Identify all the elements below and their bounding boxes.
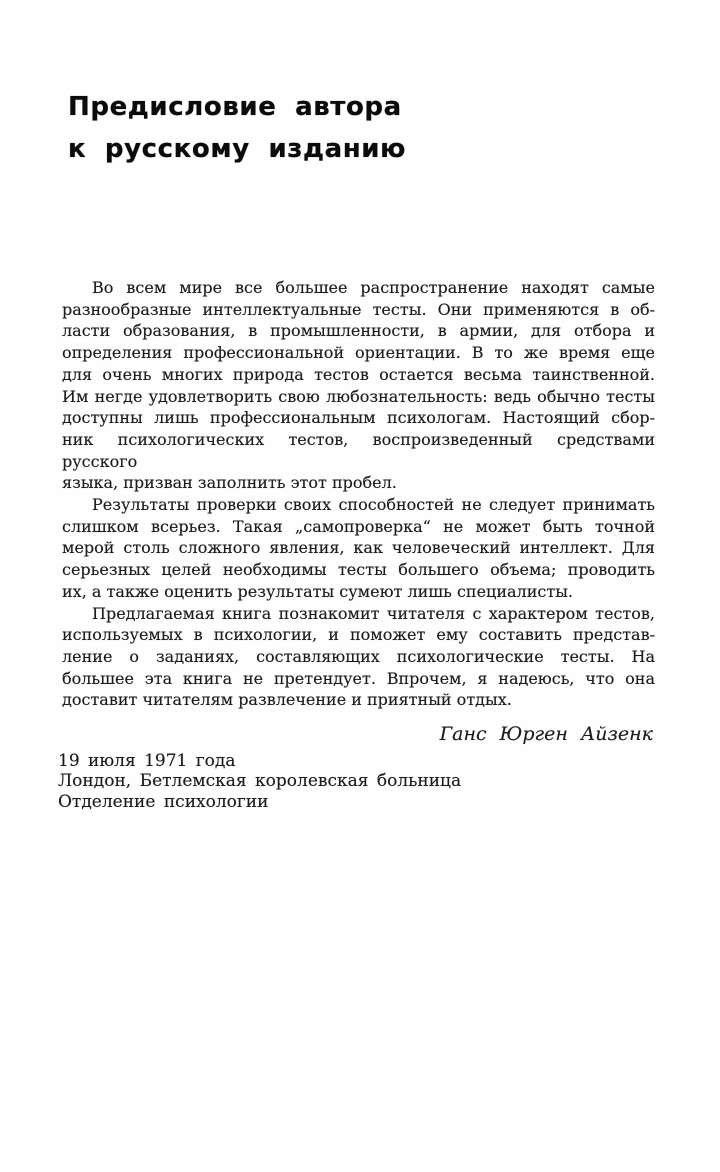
text-line: Результаты проверки своих способностей н…: [62, 494, 655, 516]
text-line: языка, призван заполнить этот пробел.: [62, 472, 655, 494]
text-line: Предлагаемая книга познакомит читателя с…: [62, 603, 655, 625]
text-line: слишком всерьез. Такая „самопроверка“ не…: [62, 516, 655, 538]
page-title-line-1: Предисловие автора: [68, 86, 406, 128]
text-line: их, а также оценить результаты сумеют ли…: [62, 581, 655, 603]
text-line: определения профессиональной ориентации.…: [62, 342, 655, 364]
text-line: используемых в психологии, и поможет ему…: [62, 624, 655, 646]
colophon-place: Лондон, Бетлемская королевская больница: [58, 771, 461, 791]
book-page: Предисловие автора к русскому изданию Во…: [0, 0, 720, 1172]
text-line: большее эта книга не претендует. Впрочем…: [62, 668, 655, 690]
text-line: доступны лишь профессиональным психолога…: [62, 407, 655, 429]
text-line: Во всем мире все большее распространение…: [62, 277, 655, 299]
text-line: ник психологических тестов, воспроизведе…: [62, 429, 655, 472]
colophon: 19 июля 1971 года Лондон, Бетлемская кор…: [58, 751, 461, 812]
text-line: серьезных целей необходимы тесты большег…: [62, 559, 655, 581]
colophon-date: 19 июля 1971 года: [58, 751, 461, 771]
text-line: ление о заданиях, составляющих психологи…: [62, 646, 655, 668]
paragraph: Предлагаемая книга познакомит читателя с…: [62, 603, 655, 712]
page-title-line-2: к русскому изданию: [68, 128, 406, 170]
preface-text: Во всем мире все большее распространение…: [62, 277, 655, 711]
text-line: разнообразные интеллектуальные тесты. Он…: [62, 299, 655, 321]
page-title: Предисловие автора к русскому изданию: [68, 86, 406, 170]
text-line: для очень многих природа тестов остается…: [62, 364, 655, 386]
paragraph: Во всем мире все большее распространение…: [62, 277, 655, 494]
text-line: мерой столь сложного явления, как челове…: [62, 537, 655, 559]
signature-name: Ганс Юрген Айзенк: [62, 722, 655, 746]
colophon-department: Отделение психологии: [58, 792, 461, 812]
text-line: ласти образования, в промышленности, в а…: [62, 320, 655, 342]
text-line: доставит читателям развлечение и приятны…: [62, 689, 655, 711]
text-line: Им негде удовлетворить свою любознательн…: [62, 386, 655, 408]
paragraph: Результаты проверки своих способностей н…: [62, 494, 655, 603]
